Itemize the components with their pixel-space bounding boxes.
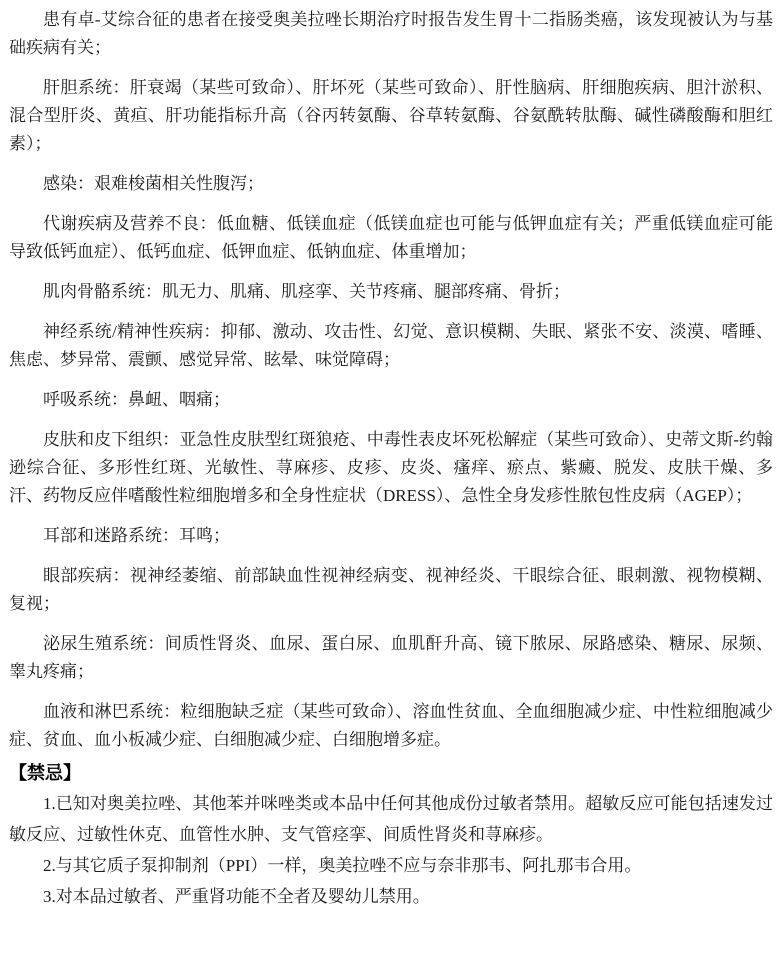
paragraph-eye-disorders: 眼部疾病：视神经萎缩、前部缺血性视神经病变、视神经炎、干眼综合征、眼刺激、视物模…	[9, 562, 773, 618]
paragraph-respiratory-system: 呼吸系统：鼻衄、咽痛；	[9, 386, 773, 414]
paragraph-skin-subcutaneous-tissue: 皮肤和皮下组织：亚急性皮肤型红斑狼疮、中毒性表皮坏死松解症（某些可致命）、史蒂文…	[9, 426, 773, 510]
contraindications-heading: 【禁忌】	[9, 758, 773, 788]
document-page: 患有卓-艾综合征的患者在接受奥美拉唑长期治疗时报告发生胃十二指肠类癌，该发现被认…	[0, 0, 782, 960]
contraindication-item-3: 3.对本品过敏者、严重肾功能不全者及婴幼儿禁用。	[9, 881, 773, 912]
paragraph-nervous-psychiatric-system: 神经系统/精神性疾病：抑郁、激动、攻击性、幻觉、意识模糊、失眠、紧张不安、淡漠、…	[9, 318, 773, 374]
paragraph-blood-lymphatic-system: 血液和淋巴系统：粒细胞缺乏症（某些可致命）、溶血性贫血、全血细胞减少症、中性粒细…	[9, 698, 773, 754]
contraindications-section: 【禁忌】 1.已知对奥美拉唑、其他苯并咪唑类或本品中任何其他成份过敏者禁用。超敏…	[9, 758, 773, 912]
paragraph-musculoskeletal-system: 肌肉骨骼系统：肌无力、肌痛、肌痉挛、关节疼痛、腿部疼痛、骨折；	[9, 278, 773, 306]
adverse-reactions-section: 患有卓-艾综合征的患者在接受奥美拉唑长期治疗时报告发生胃十二指肠类癌，该发现被认…	[9, 6, 773, 754]
contraindication-item-2: 2.与其它质子泵抑制剂（PPI）一样，奥美拉唑不应与奈非那韦、阿扎那韦合用。	[9, 850, 773, 881]
paragraph-ear-labyrinth-system: 耳部和迷路系统：耳鸣；	[9, 522, 773, 550]
paragraph-urogenital-system: 泌尿生殖系统：间质性肾炎、血尿、蛋白尿、血肌酐升高、镜下脓尿、尿路感染、糖尿、尿…	[9, 630, 773, 686]
paragraph-metabolic-nutrition: 代谢疾病及营养不良：低血糖、低镁血症（低镁血症也可能与低钾血症有关；严重低镁血症…	[9, 210, 773, 266]
paragraph-infections: 感染：艰难梭菌相关性腹泻；	[9, 170, 773, 198]
paragraph-hepatobiliary-system: 肝胆系统：肝衰竭（某些可致命）、肝坏死（某些可致命）、肝性脑病、肝细胞疾病、胆汁…	[9, 74, 773, 158]
contraindication-item-1: 1.已知对奥美拉唑、其他苯并咪唑类或本品中任何其他成份过敏者禁用。超敏反应可能包…	[9, 788, 773, 850]
paragraph-zollinger-ellison-note: 患有卓-艾综合征的患者在接受奥美拉唑长期治疗时报告发生胃十二指肠类癌，该发现被认…	[9, 6, 773, 62]
